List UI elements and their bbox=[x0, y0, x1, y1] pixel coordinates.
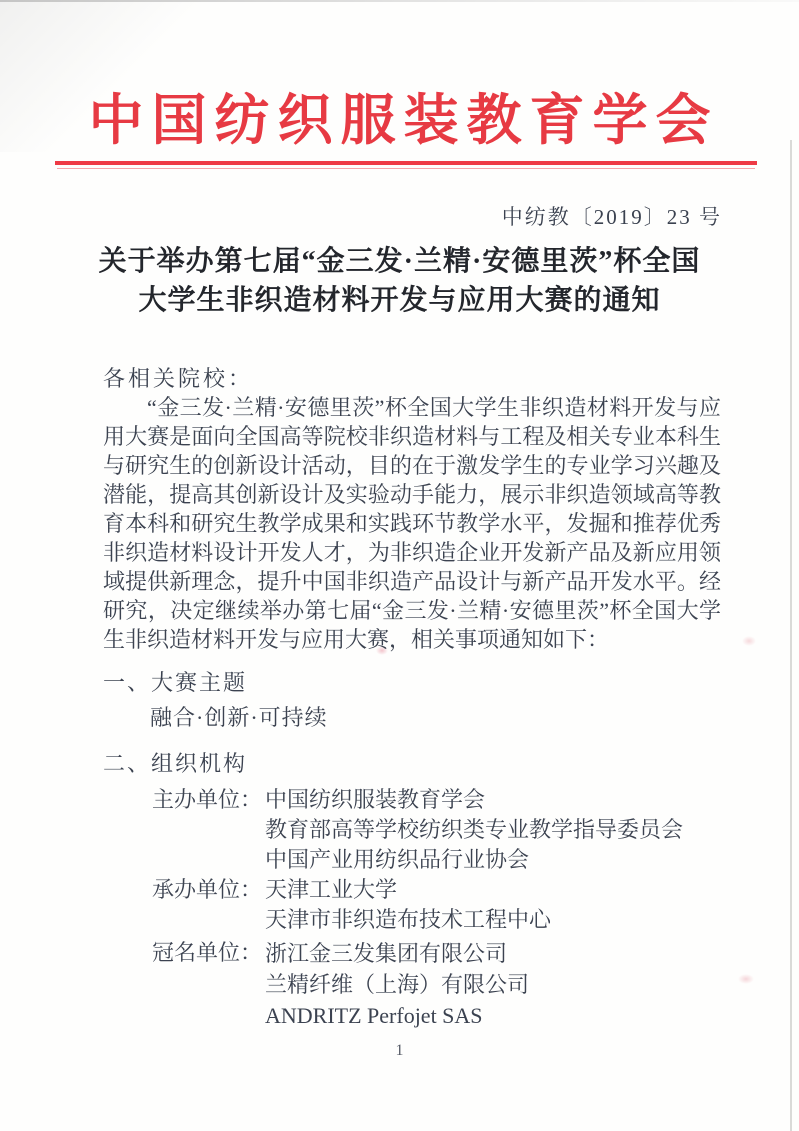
org-line: 天津市非织造布技术工程中心 bbox=[265, 905, 721, 935]
intro-paragraph: “金三发·兰精·安德里茨”杯全国大学生非织造材料开发与应用大赛是面向全国高等院校… bbox=[103, 393, 721, 654]
document-title-line1: 关于举办第七届“金三发·兰精·安德里茨”杯全国 bbox=[0, 242, 799, 281]
org-line: 浙江金三发集团有限公司 bbox=[265, 938, 721, 969]
org-line: 兰精纤维（上海）有限公司 bbox=[265, 969, 721, 1000]
org-label-host: 主办单位： bbox=[152, 785, 265, 875]
org-group-host: 主办单位： 中国纺织服装教育学会 教育部高等学校纺织类专业教学指导委员会 中国产… bbox=[103, 785, 721, 875]
document-title-line2: 大学生非织造材料开发与应用大赛的通知 bbox=[0, 281, 799, 320]
document-body: 各相关院校： “金三发·兰精·安德里茨”杯全国大学生非织造材料开发与应用大赛是面… bbox=[103, 364, 721, 1031]
org-label-title-sponsor: 冠名单位： bbox=[152, 938, 265, 1031]
org-lines-title-sponsor: 浙江金三发集团有限公司 兰精纤维（上海）有限公司 ANDRITZ Perfoje… bbox=[265, 938, 721, 1031]
org-line: 教育部高等学校纺织类专业教学指导委员会 bbox=[265, 815, 721, 845]
organization-list: 主办单位： 中国纺织服装教育学会 教育部高等学校纺织类专业教学指导委员会 中国产… bbox=[103, 785, 721, 1031]
org-group-organizer: 承办单位： 天津工业大学 天津市非织造布技术工程中心 bbox=[103, 875, 721, 935]
section-1-heading: 一、大赛主题 bbox=[103, 668, 721, 697]
org-line: ANDRITZ Perfojet SAS bbox=[265, 1000, 721, 1031]
letterhead-title: 中国纺织服装教育学会 bbox=[0, 76, 799, 155]
section-2-heading: 二、组织机构 bbox=[103, 749, 721, 778]
salutation: 各相关院校： bbox=[103, 364, 721, 393]
org-line: 天津工业大学 bbox=[265, 875, 721, 905]
org-line: 中国产业用纺织品行业协会 bbox=[265, 845, 721, 875]
org-label-organizer: 承办单位： bbox=[152, 875, 265, 935]
document-title: 关于举办第七届“金三发·兰精·安德里茨”杯全国 大学生非织造材料开发与应用大赛的… bbox=[0, 242, 799, 320]
org-lines-organizer: 天津工业大学 天津市非织造布技术工程中心 bbox=[265, 875, 721, 935]
org-group-title-sponsor: 冠名单位： 浙江金三发集团有限公司 兰精纤维（上海）有限公司 ANDRITZ P… bbox=[103, 938, 721, 1031]
page-number: 1 bbox=[0, 1042, 799, 1060]
letterhead-rule bbox=[55, 161, 757, 165]
scan-smudge bbox=[738, 974, 754, 984]
scanned-document-page: 中国纺织服装教育学会 中纺教〔2019〕23 号 关于举办第七届“金三发·兰精·… bbox=[0, 0, 799, 1131]
scan-smudge bbox=[742, 636, 756, 646]
scan-edge-top bbox=[0, 0, 799, 2]
document-number: 中纺教〔2019〕23 号 bbox=[502, 201, 722, 231]
competition-theme: 融合·创新·可持续 bbox=[150, 703, 721, 732]
org-lines-host: 中国纺织服装教育学会 教育部高等学校纺织类专业教学指导委员会 中国产业用纺织品行… bbox=[265, 785, 721, 875]
org-line: 中国纺织服装教育学会 bbox=[265, 785, 721, 815]
